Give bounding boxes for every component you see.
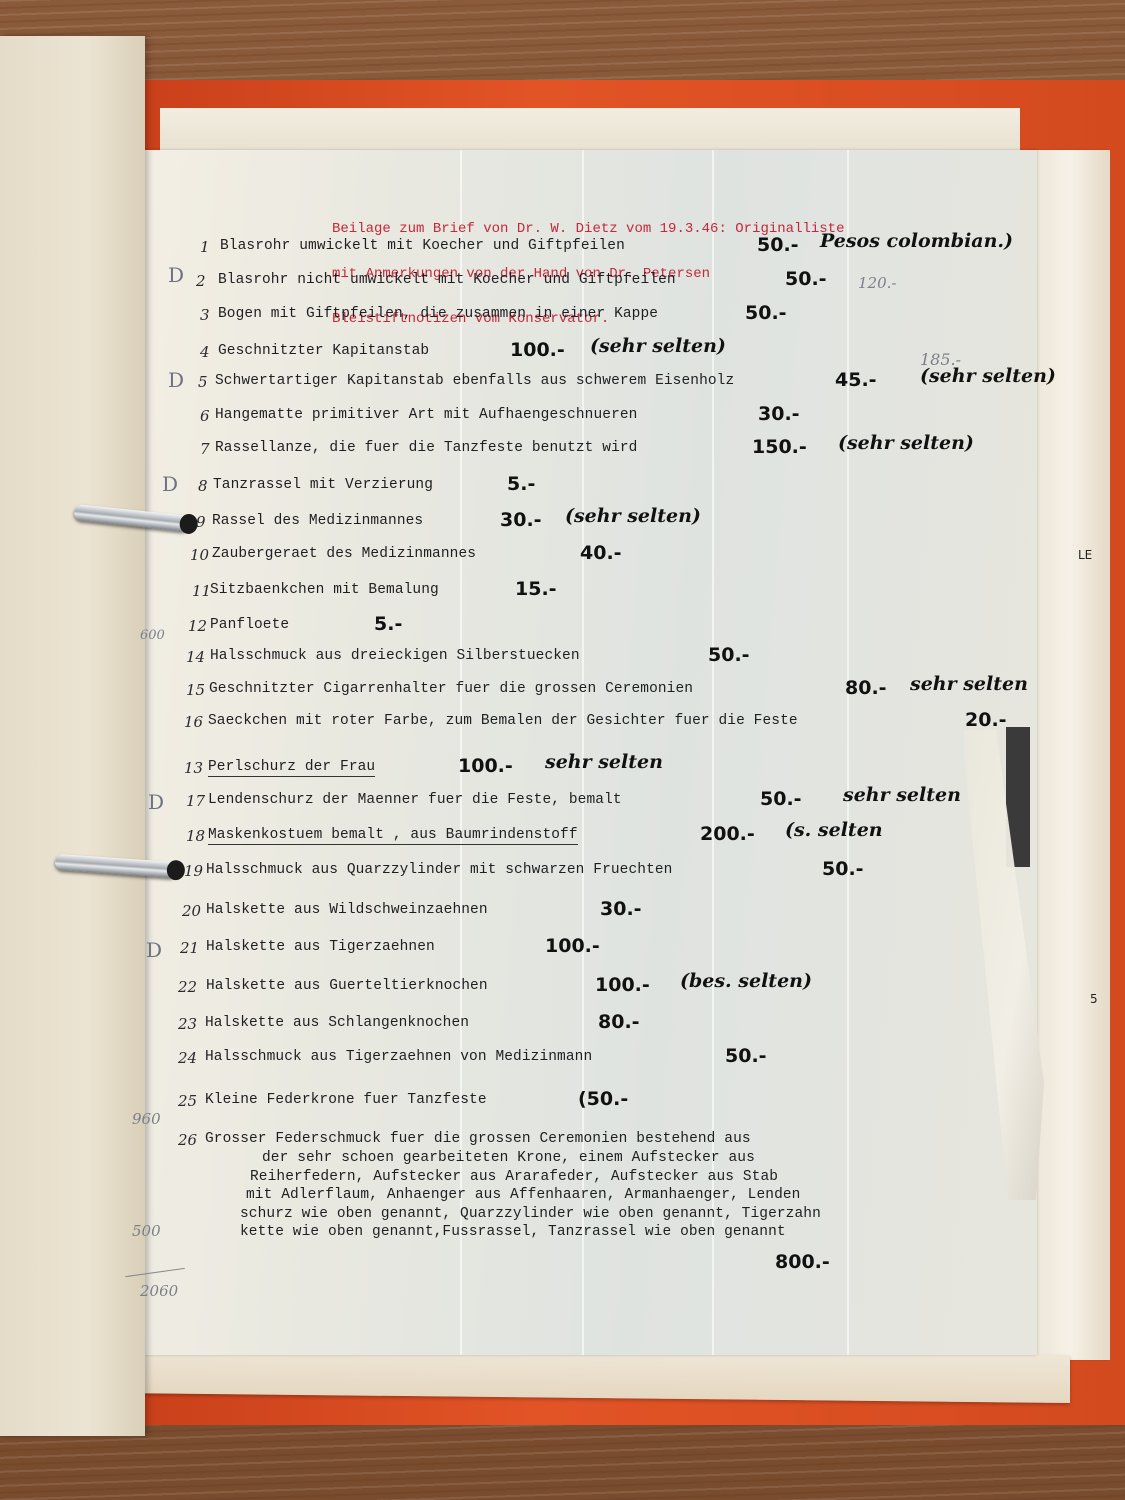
- item-number: 6: [200, 407, 210, 425]
- item-description: Halsschmuck aus Quarzzylinder mit schwar…: [206, 862, 672, 878]
- item-description: Maskenkostuem bemalt , aus Baumrindensto…: [208, 827, 578, 843]
- item-number: 23: [178, 1015, 197, 1033]
- handwritten-rarity-note: (s. selten: [785, 819, 883, 841]
- item-price: 80.-: [598, 1011, 640, 1033]
- item-price: 200.-: [700, 823, 755, 845]
- handwritten-rarity-note: sehr selten: [843, 784, 961, 806]
- item-number: 13: [184, 759, 203, 777]
- item-price: 50.-: [757, 234, 799, 256]
- item-price: 30.-: [600, 898, 642, 920]
- item-price: 30.-: [758, 403, 800, 425]
- item-description: Bogen mit Giftpfeilen, die zusammen in e…: [218, 306, 658, 322]
- item-price: 5.-: [507, 473, 535, 495]
- item-price: 50.-: [725, 1045, 767, 1067]
- item-price: 30.-: [500, 509, 542, 531]
- item-description: Grosser Federschmuck fuer die grossen Ce…: [205, 1131, 751, 1147]
- item-description: Schwertartiger Kapitanstab ebenfalls aus…: [215, 373, 734, 389]
- item-description: Hangematte primitiver Art mit Aufhaenges…: [215, 407, 637, 423]
- item-26-continuation-line: kette wie oben genannt,Fussrassel, Tanzr…: [240, 1224, 786, 1240]
- pencil-price-note: 120.-: [858, 274, 896, 292]
- item-number: 26: [178, 1131, 197, 1149]
- item-number: 4: [200, 343, 210, 361]
- item-price: 50.-: [822, 858, 864, 880]
- item-number: 19: [184, 862, 203, 880]
- item-26-continuation-line: mit Adlerflaum, Anhaenger aus Affenhaare…: [246, 1187, 801, 1203]
- item-description: Tanzrassel mit Verzierung: [213, 477, 433, 493]
- item-price: 50.-: [760, 788, 802, 810]
- item-price: 150.-: [752, 436, 807, 458]
- paper-stack-right: [1030, 150, 1110, 1360]
- item-price: 15.-: [515, 578, 557, 600]
- paper-stack-top: [160, 108, 1020, 150]
- handwritten-rarity-note: (bes. selten): [680, 970, 812, 992]
- item-description: Rassel des Medizinmannes: [212, 513, 423, 529]
- item-description: Halskette aus Schlangenknochen: [205, 1015, 469, 1031]
- item-26-continuation-line: der sehr schoen gearbeiteten Krone, eine…: [262, 1150, 755, 1166]
- item-description: Rassellanze, die fuer die Tanzfeste benu…: [215, 440, 637, 456]
- item-number: 5: [198, 373, 208, 391]
- item-number: 24: [178, 1049, 197, 1067]
- item-description: Halskette aus Wildschweinzaehnen: [206, 902, 488, 918]
- item-number: 8: [198, 477, 208, 495]
- item-price: 40.-: [580, 542, 622, 564]
- item-price: 100.-: [595, 974, 650, 996]
- item-description: Geschnitzter Cigarrenhalter fuer die gro…: [209, 681, 693, 697]
- pencil-total: 2060: [140, 1282, 178, 1300]
- item-price: 80.-: [845, 677, 887, 699]
- item-number: 14: [186, 648, 205, 666]
- handwritten-rarity-note: Pesos colombian.): [820, 230, 1013, 252]
- item-number: 15: [186, 681, 205, 699]
- item-price: 100.-: [510, 339, 565, 361]
- item-number: 9: [196, 513, 206, 531]
- item-description: Halskette aus Guerteltierknochen: [206, 978, 488, 994]
- item-description: Saeckchen mit roter Farbe, zum Bemalen d…: [208, 713, 798, 729]
- item-number: 25: [178, 1092, 197, 1110]
- item-price: 50.-: [708, 644, 750, 666]
- item-26-continuation-line: Reiherfedern, Aufstecker aus Ararafeder,…: [250, 1169, 778, 1185]
- item-26-continuation-line: schurz wie oben genannt, Quarzzylinder w…: [240, 1206, 821, 1222]
- item-description: Sitzbaenkchen mit Bemalung: [210, 582, 439, 598]
- d-mark: D: [168, 263, 184, 287]
- handwritten-rarity-note: (sehr selten): [590, 335, 726, 357]
- handwritten-rarity-note: sehr selten: [910, 673, 1028, 695]
- item-price: (50.-: [578, 1088, 628, 1110]
- item-number: 7: [200, 440, 210, 458]
- item-description: Zaubergeraet des Medizinmannes: [212, 546, 476, 562]
- item-price: 100.-: [458, 755, 513, 777]
- item-price: 800.-: [775, 1251, 830, 1273]
- item-number: 17: [186, 792, 205, 810]
- handwritten-rarity-note: (sehr selten): [565, 505, 701, 527]
- pencil-note-600: 600: [140, 628, 165, 643]
- pencil-note-185: 185.-: [920, 350, 961, 369]
- item-price: 20.-: [965, 709, 1007, 731]
- item-number: 12: [188, 617, 207, 635]
- item-number: 10: [190, 546, 209, 564]
- item-number: 1: [200, 238, 210, 256]
- item-description: Halsschmuck aus Tigerzaehnen von Medizin…: [205, 1049, 592, 1065]
- item-description: Halsschmuck aus dreieckigen Silberstueck…: [210, 648, 580, 664]
- item-description: Perlschurz der Frau: [208, 759, 375, 775]
- item-description: Panfloete: [210, 617, 289, 633]
- item-price: 50.-: [785, 268, 827, 290]
- item-description: Blasrohr umwickelt mit Koecher und Giftp…: [220, 238, 625, 254]
- item-description: Lendenschurz der Maenner fuer die Feste,…: [208, 792, 622, 808]
- pencil-note-500: 500: [132, 1222, 161, 1240]
- item-price: 100.-: [545, 935, 600, 957]
- item-number: 21: [180, 939, 199, 957]
- item-number: 2: [196, 272, 206, 290]
- item-description: Kleine Federkrone fuer Tanzfeste: [205, 1092, 487, 1108]
- d-mark: D: [168, 368, 184, 392]
- edge-text-5: 5: [1090, 992, 1098, 1006]
- item-number: 18: [186, 827, 205, 845]
- item-number: 11: [192, 582, 211, 600]
- item-number: 20: [182, 902, 201, 920]
- d-mark: D: [148, 790, 164, 814]
- left-page[interactable]: [0, 36, 145, 1436]
- pencil-note-960: 960: [132, 1110, 161, 1128]
- item-description: Blasrohr nicht umwickelt mit Koecher und…: [218, 272, 676, 288]
- item-number: 3: [200, 306, 210, 324]
- item-description: Halskette aus Tigerzaehnen: [206, 939, 435, 955]
- item-number: 16: [184, 713, 203, 731]
- item-number: 22: [178, 978, 197, 996]
- edge-text-le: LE: [1078, 548, 1092, 562]
- item-price: 45.-: [835, 369, 877, 391]
- handwritten-rarity-note: sehr selten: [545, 751, 663, 773]
- item-price: 50.-: [745, 302, 787, 324]
- d-mark: D: [146, 938, 162, 962]
- item-description: Geschnitzter Kapitanstab: [218, 343, 429, 359]
- item-price: 5.-: [374, 613, 402, 635]
- d-mark: D: [162, 472, 178, 496]
- handwritten-rarity-note: (sehr selten): [838, 432, 974, 454]
